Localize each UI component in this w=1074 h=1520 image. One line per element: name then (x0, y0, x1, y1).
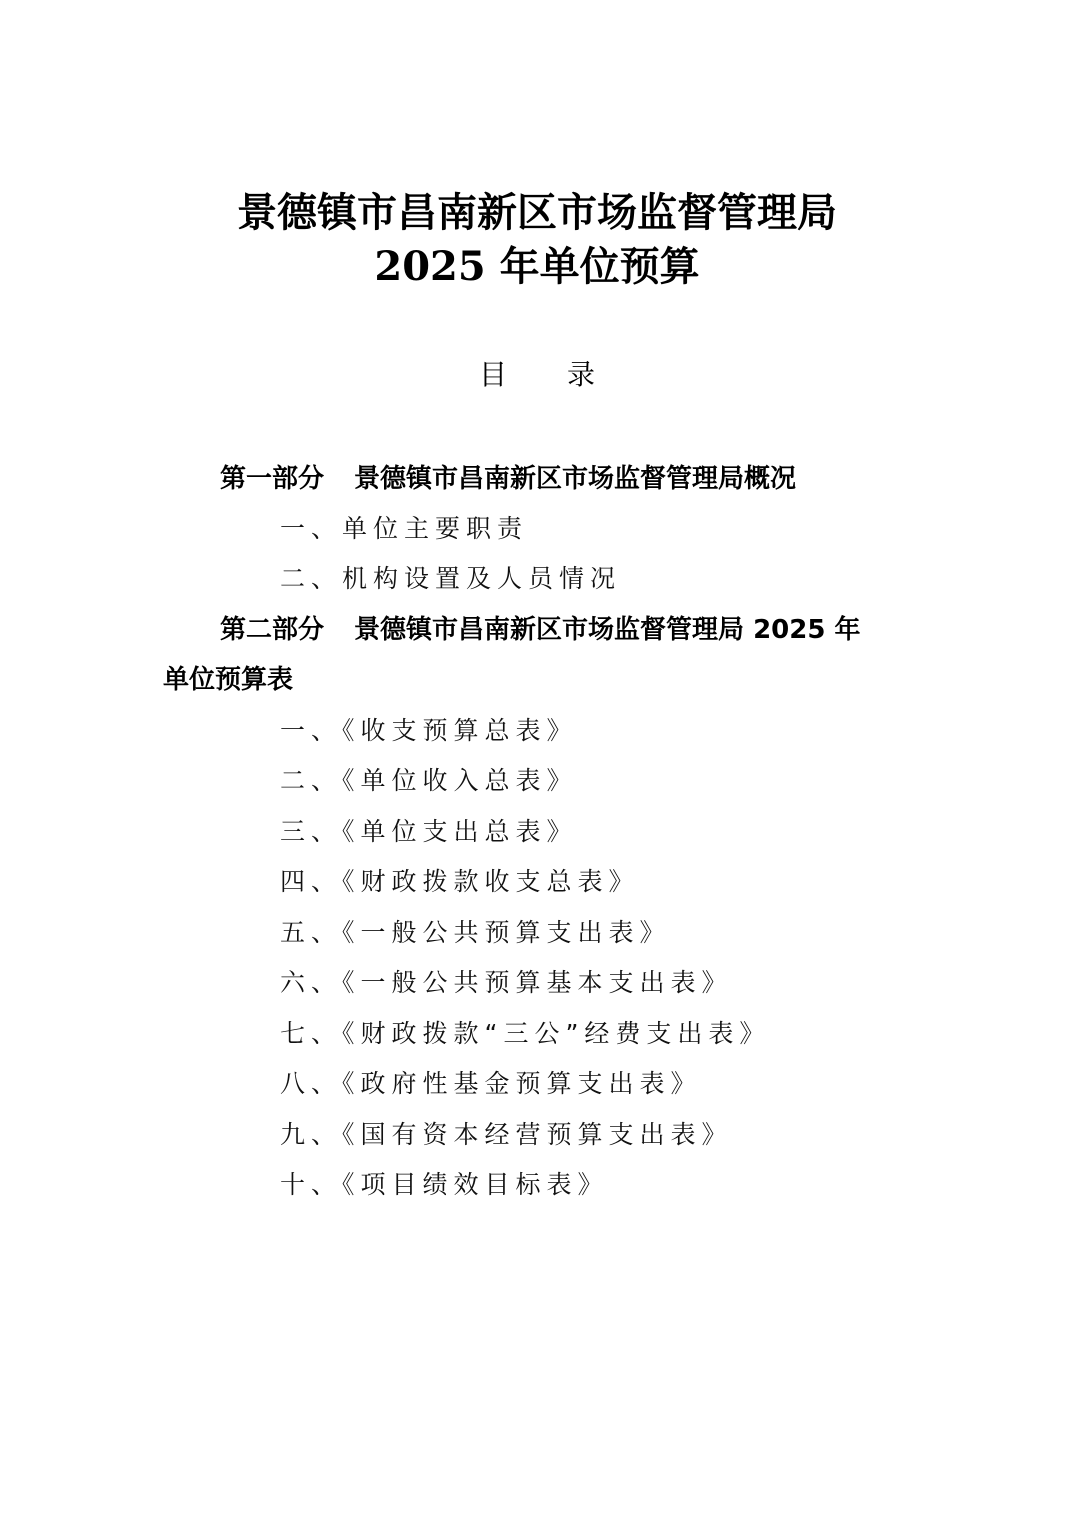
toc-part-2-title-continued: 单位预算表 (163, 660, 293, 700)
toc-item: 三、《单位支出总表》 (280, 812, 578, 852)
toc-item: 六、《一般公共预算基本支出表》 (280, 963, 733, 1003)
toc-item: 一、单位主要职责 (280, 509, 528, 549)
toc-part-2: 第二部分景德镇市昌南新区市场监督管理局 2025 年 (220, 610, 860, 650)
toc-part-1-title: 景德镇市昌南新区市场监督管理局概况 (354, 464, 796, 494)
toc-heading: 目录 (0, 355, 1074, 395)
document-title-line1: 景德镇市昌南新区市场监督管理局 (0, 188, 1074, 238)
toc-part-2-label: 第二部分 (220, 615, 324, 645)
toc-item: 十、《项目绩效目标表》 (280, 1165, 609, 1205)
toc-item: 九、《国有资本经营预算支出表》 (280, 1115, 733, 1155)
toc-part-2-title: 景德镇市昌南新区市场监督管理局 2025 年 (354, 615, 860, 645)
toc-item: 二、机构设置及人员情况 (280, 559, 621, 599)
toc-heading-right: 录 (567, 358, 595, 391)
toc-item: 七、《财政拨款“三公”经费支出表》 (280, 1014, 770, 1054)
document-title-line2: 2025 年单位预算 (0, 242, 1074, 292)
document-page: 景德镇市昌南新区市场监督管理局 2025 年单位预算 目录 第一部分景德镇市昌南… (0, 0, 1074, 1520)
toc-item: 二、《单位收入总表》 (280, 761, 578, 801)
toc-item: 一、《收支预算总表》 (280, 711, 578, 751)
toc-part-1-label: 第一部分 (220, 464, 324, 494)
toc-item: 五、《一般公共预算支出表》 (280, 913, 671, 953)
toc-item: 四、《财政拨款收支总表》 (280, 862, 640, 902)
toc-item: 八、《政府性基金预算支出表》 (280, 1064, 702, 1104)
toc-heading-left: 目 (479, 358, 507, 391)
toc-part-1: 第一部分景德镇市昌南新区市场监督管理局概况 (220, 459, 796, 499)
